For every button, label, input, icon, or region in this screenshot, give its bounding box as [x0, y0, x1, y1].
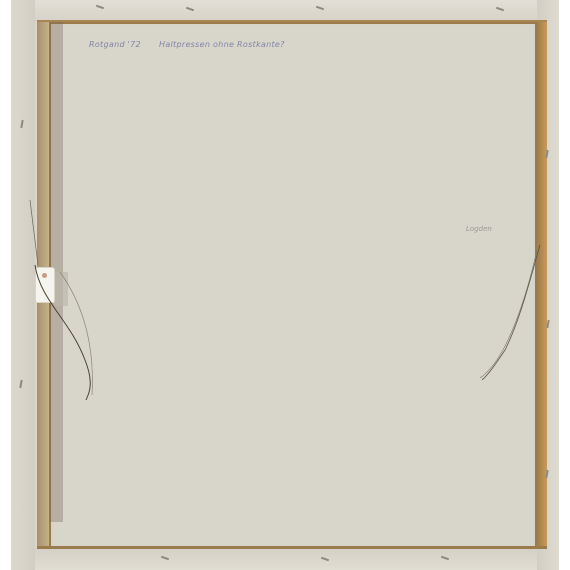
hanging-tag [36, 268, 54, 302]
frame-edge-right [537, 22, 547, 548]
canvas-surface [53, 25, 533, 545]
tag-shadow [54, 272, 68, 306]
stretcher-bar-left [11, 0, 35, 570]
tag-hole-icon [42, 273, 47, 278]
stretcher-bar-bottom [11, 548, 559, 570]
stretcher-bar-top [11, 0, 559, 22]
inscription-title: Haltpressen ohne Rostkante? [159, 40, 285, 49]
canvas-panel [49, 22, 537, 548]
inscription-artist: Rotgand '72 [89, 40, 141, 49]
canvas-back: Rotgand '72 Haltpressen ohne Rostkante? … [11, 0, 559, 570]
pencil-mark: Logden [466, 225, 492, 233]
